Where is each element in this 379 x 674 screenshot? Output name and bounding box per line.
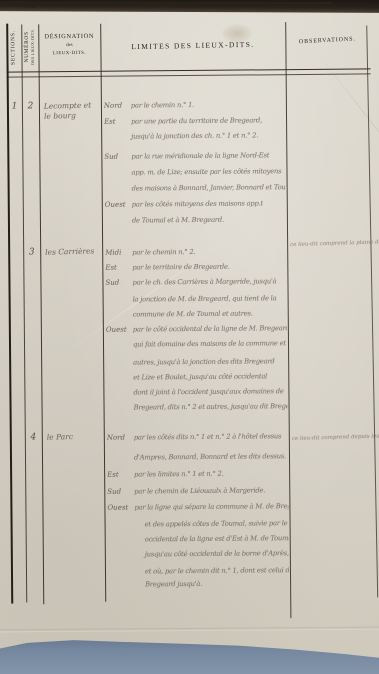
limit-line: Ouestpar la ligne qui sépare la commune … (107, 502, 288, 518)
limit-text: la jonction de M. de Bregeard, qui tient… (133, 294, 277, 303)
table-top-border (0, 2, 332, 4)
limit-line: jusqu'à la jonction des ch. n.° 1 et n.°… (104, 131, 285, 147)
limit-text: Bregeard, dits n.° 2 et autres, jusqu'au… (134, 402, 288, 411)
limit-line: Nordpar le chemin n.° 1. (104, 100, 285, 116)
limit-line: des maisons à Bonnard, Janvier, Bonnard … (105, 183, 286, 199)
header-bottom-rule (7, 68, 371, 72)
column-header-designation-line3: LIEUX-DITS. (38, 50, 100, 58)
limit-line: Estpar une partie du territoire de Brege… (104, 116, 285, 132)
limit-line: jusqu'au côté occidental de la borne d'A… (108, 549, 289, 565)
limites-cell: Nordpar les côtés dits n.° 1 et n.° 2 à … (107, 427, 289, 591)
direction-label: Sud (105, 279, 119, 287)
limit-text: jusqu'à la jonction des ch. n.° 1 et n.°… (131, 131, 258, 140)
direction-label: Sud (104, 153, 118, 161)
cadastral-table: SECTIONS. NUMÉROS DES LIEUX-DITS. DÉSIGN… (0, 0, 379, 674)
limit-text: par une partie du territoire de Bregeard… (131, 116, 262, 125)
limit-text: occidental de la ligne est d'Est à M. de… (145, 534, 289, 543)
limit-line: Nordpar les côtés dits n.° 1 et n.° 2 à … (107, 432, 288, 448)
limit-text: et où, par le chemin dit n.° 1, dont est… (145, 566, 289, 575)
limit-text: par le chemin de Liéouaulx à Margeride. (134, 486, 265, 495)
direction-label: Nord (104, 102, 122, 110)
limit-line: et des appelés côtes de Toumal, suivie p… (108, 519, 289, 535)
limit-text: qui fait domaine des maisons de la commu… (133, 339, 286, 348)
direction-label: Est (105, 264, 117, 272)
limit-line: qui fait domaine des maisons de la commu… (106, 339, 287, 355)
limit-line: Estpar le territoire de Bregearde. (105, 262, 286, 278)
direction-label: Ouest (106, 326, 127, 334)
limit-text: par le chemin n.° 1. (131, 101, 194, 110)
limit-line: Midipar le chemin n.° 2. (105, 247, 286, 263)
limit-line: la jonction de M. de Bregeard, qui tient… (106, 294, 287, 310)
limit-text: commune de M. de Toumal et autres. (133, 309, 253, 318)
limit-text: et Lize et Boulet, jusqu'au côté occiden… (133, 372, 267, 381)
table-row: 1 2 Lecompte et le bourg Nordpar le chem… (1, 94, 379, 233)
limites-cell: Midipar le chemin n.° 2. Estpar le terri… (105, 239, 288, 419)
limit-line: Sudpar le chemin de Liéouaulx à Margerid… (107, 486, 288, 502)
limit-text: des maisons à Bonnard, Janvier, Bonnard … (132, 183, 286, 192)
table-row: 4 le Parc ce lieu-dit comprend depuis le… (4, 426, 379, 591)
document-photo: SECTIONS. NUMÉROS DES LIEUX-DITS. DÉSIGN… (0, 0, 379, 674)
numero-cell: 4 (26, 432, 41, 442)
limit-text: par le ch. des Carrières à Margeride, ju… (132, 277, 276, 286)
limit-line: autres, jusqu'à la jonction des dits Bre… (106, 357, 287, 373)
column-header-sections: SECTIONS. (10, 22, 16, 74)
limit-text: par les côtés mitoyens des maisons app.t (132, 199, 263, 208)
direction-label: Est (107, 471, 119, 479)
limit-text: app. m. de Lize; ensuite par les côtés m… (131, 167, 281, 176)
limit-text: par le côté occidental de la ligne de M.… (133, 324, 288, 333)
table-row: 3 les Carrières ce lieu-dit comprend la … (2, 238, 379, 419)
limit-text: de Toumal et à M. Bregeard. (132, 216, 224, 225)
limit-line: occidental de la ligne est d'Est à M. de… (108, 534, 289, 550)
limit-text: par la ligne qui sépare la commune à M. … (134, 502, 289, 511)
limit-text: et des appelés côtes de Toumal, suivie p… (145, 519, 290, 528)
column-header-numeros: NUMÉROS DES LIEUX-DITS. (24, 22, 35, 72)
observation-note: ce lieu-dit comprend la plaine des champ… (290, 239, 379, 248)
designation-cell: Lecompte et le bourg (44, 100, 100, 121)
direction-label: Est (104, 118, 116, 126)
limit-line: Sudpar le ch. des Carrières à Margeride,… (105, 277, 286, 293)
direction-label: Sud (107, 488, 121, 496)
direction-label: Nord (107, 434, 125, 442)
direction-label: Ouest (105, 201, 126, 209)
limit-line: Sudpar la rue méridionale de la ligne No… (104, 151, 285, 167)
limit-line: de Toumal et à M. Bregeard. (105, 215, 286, 231)
limit-line: Bregeard, dits n.° 2 et autres, jusqu'au… (107, 402, 288, 418)
numero-cell: 3 (24, 247, 39, 257)
column-header-limites: LIMITES DES LIEUX-DITS. (100, 39, 285, 52)
numero-cell: 2 (23, 101, 38, 111)
direction-label: Ouest (107, 504, 128, 512)
limit-line: app. m. de Lize; ensuite par les côtés m… (104, 167, 285, 183)
limit-text: par le chemin n.° 2. (132, 248, 195, 257)
limit-text: Bregeard jusqu'à. (145, 580, 202, 588)
limit-line: dont il joint à l'occident jusqu'aux dom… (106, 387, 287, 403)
column-header-designation-line1: DÉSIGNATION (38, 32, 100, 43)
limit-text: d'Ampres, Bonnard, Bonnard et les dits d… (134, 452, 286, 461)
table-top-border-curve (0, 3, 36, 7)
column-header-designation: DÉSIGNATION des LIEUX-DITS. (38, 32, 100, 58)
column-header-numeros-line2: DES LIEUX-DITS. (30, 22, 35, 72)
limit-text: jusqu'au côté occidental de la borne d'A… (145, 549, 289, 558)
limit-line: Ouestpar les côtés mitoyens des maisons … (105, 199, 286, 215)
limit-line: commune de M. de Toumal et autres. (106, 309, 287, 325)
header-bottom-rule-double (7, 73, 371, 77)
designation-cell: le Parc (47, 431, 102, 442)
observation-note: ce lieu-dit comprend depuis les champs. (292, 433, 379, 442)
limit-line: Bregeard jusqu'à. (108, 579, 289, 591)
limit-line: et Lize et Boulet, jusqu'au côté occiden… (106, 372, 287, 388)
limit-text: par la rue méridionale de la ligne Nord-… (131, 151, 269, 160)
limites-cell: Nordpar le chemin n.° 1. Estpar une part… (104, 95, 286, 233)
limit-text: par les côtés dits n.° 1 et n.° 2 à l'hô… (134, 432, 282, 441)
column-header-observations: OBSERVATIONS. (285, 36, 369, 46)
limit-text: par le territoire de Bregearde. (132, 263, 229, 272)
designation-cell: les Carrières (45, 246, 100, 257)
section-cell: 1 (8, 101, 21, 111)
limit-line: Ouestpar le côté occidental de la ligne … (106, 324, 287, 340)
direction-label: Midi (105, 249, 121, 257)
limit-text: par les limites n.° 1 et n.° 2. (134, 470, 223, 479)
limit-text: autres, jusqu'à la jonction des dits Bre… (133, 357, 274, 366)
limit-line: d'Ampres, Bonnard, Bonnard et les dits d… (107, 452, 288, 468)
limit-text: dont il joint à l'occident jusqu'aux dom… (133, 387, 283, 396)
limit-line: Estpar les limites n.° 1 et n.° 2. (107, 469, 288, 485)
